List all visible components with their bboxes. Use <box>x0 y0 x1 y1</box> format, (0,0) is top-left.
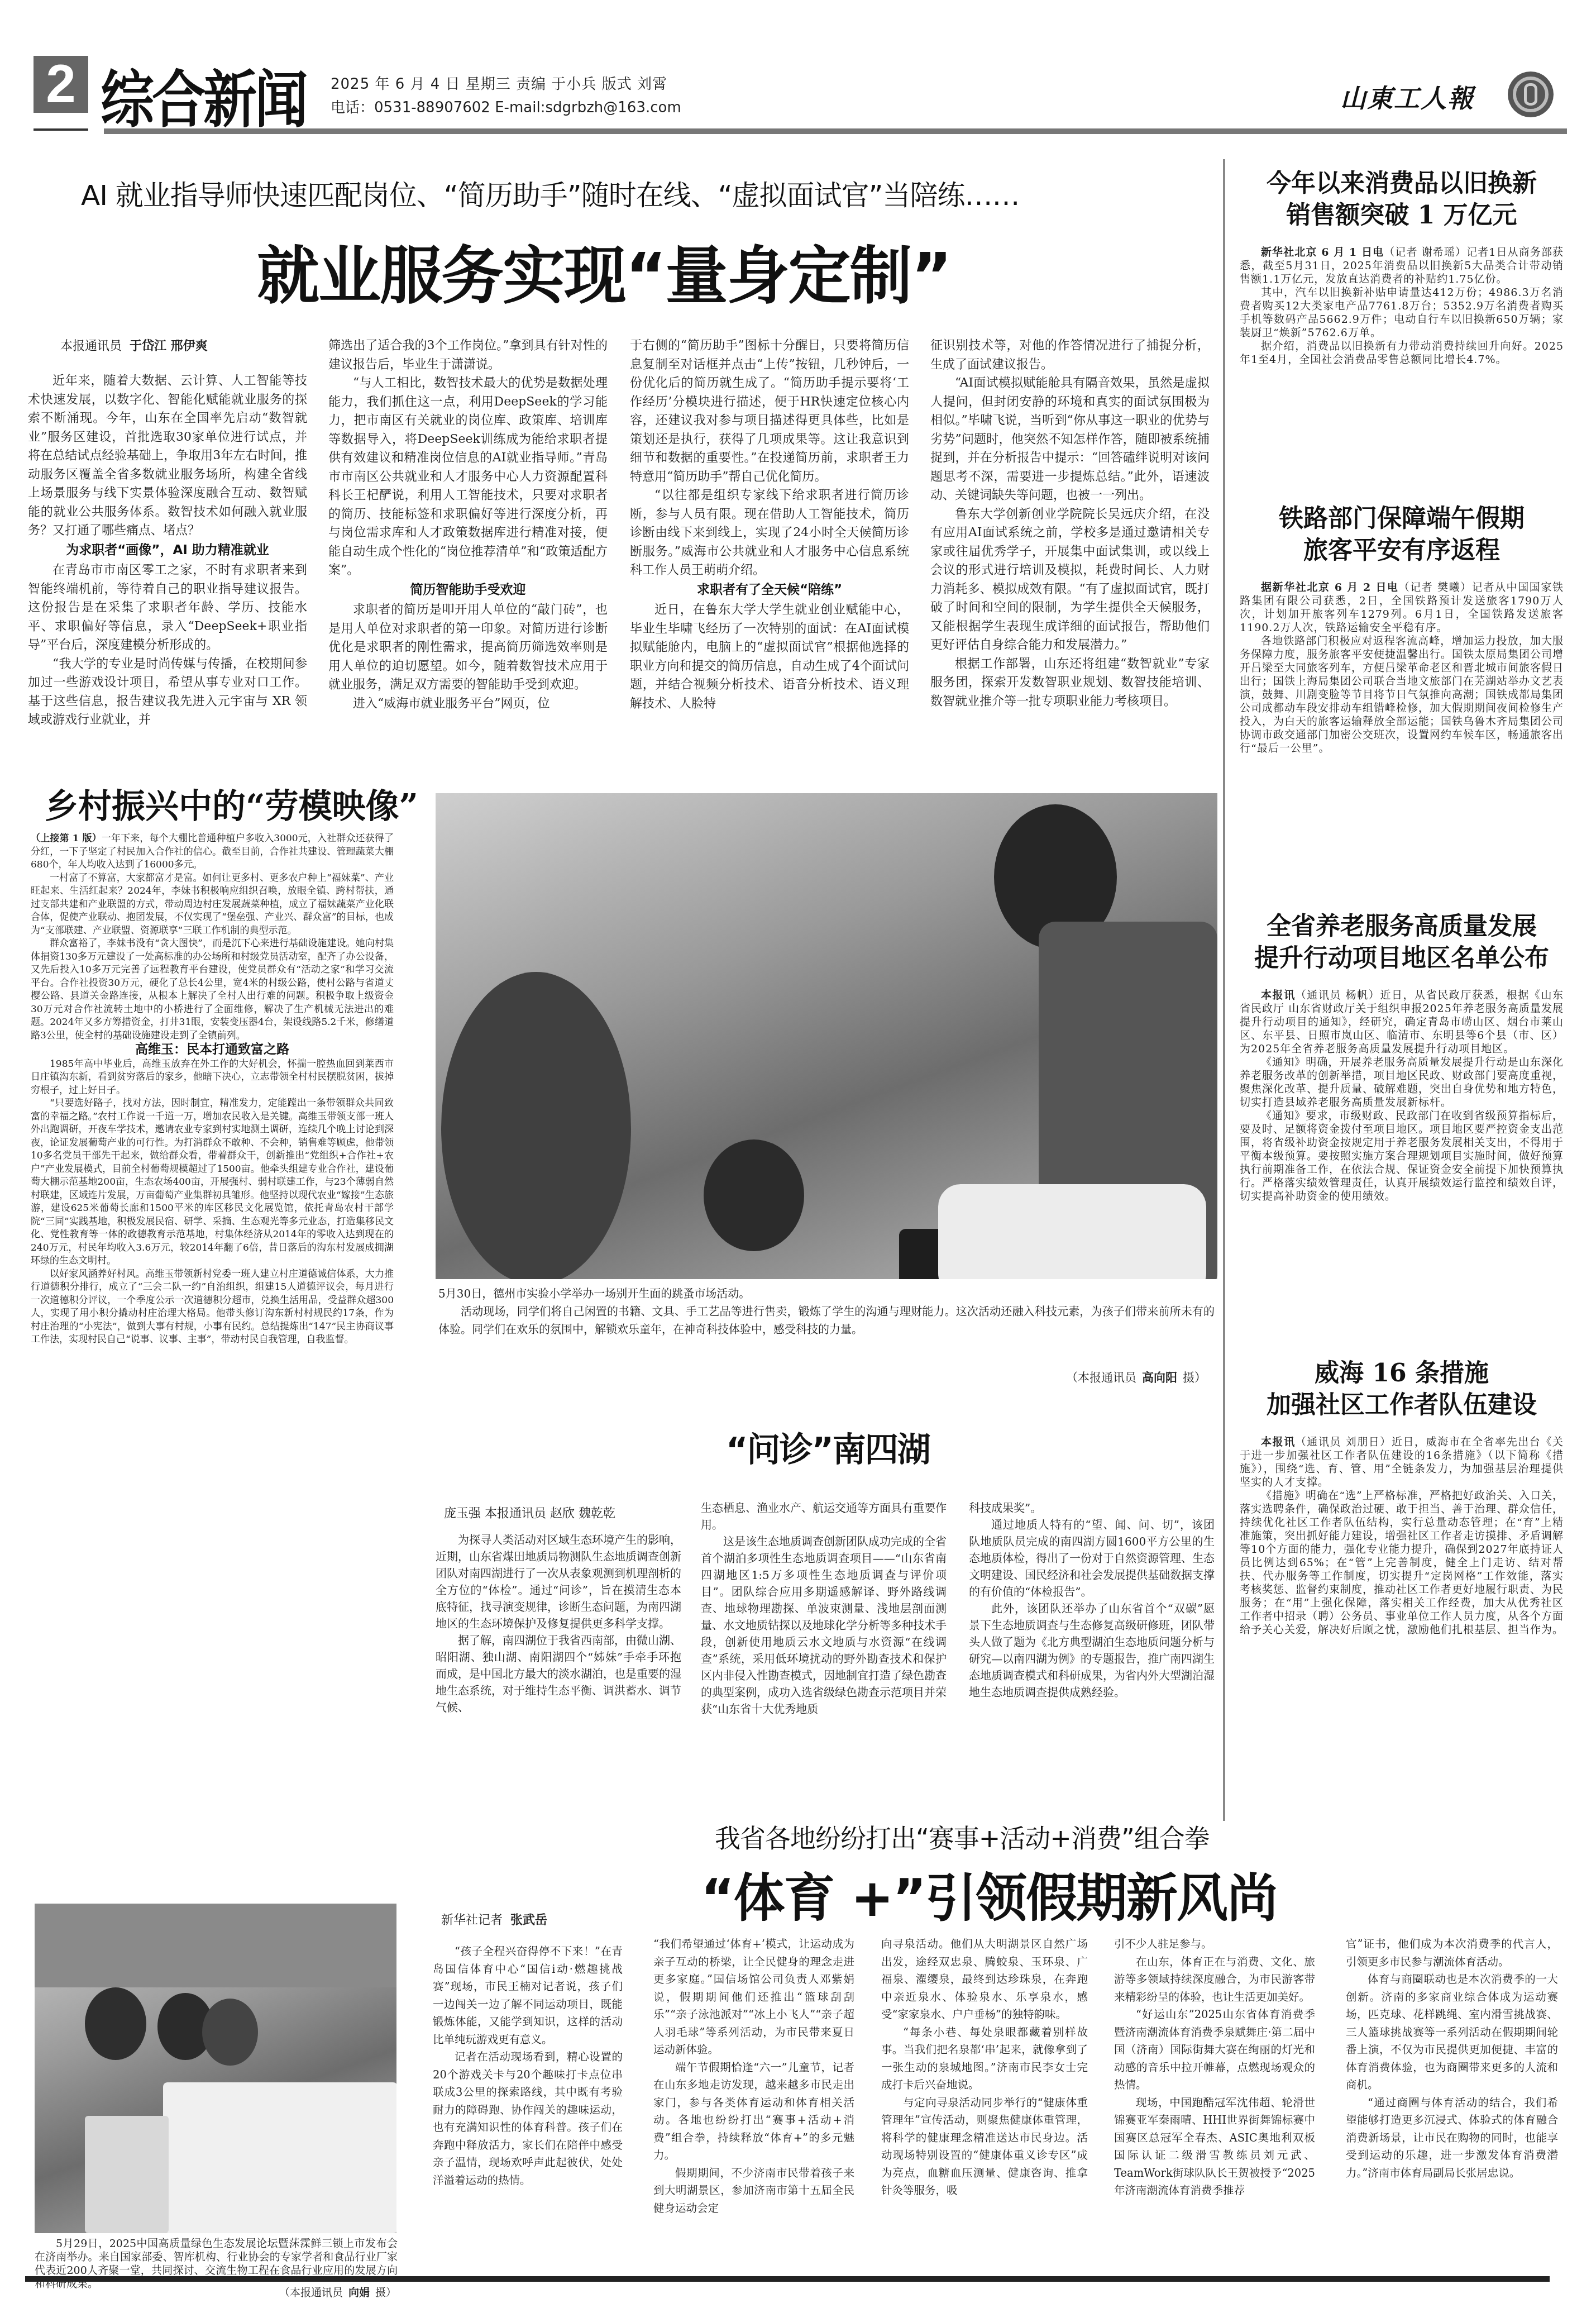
paragraph: 本报讯（通讯员 杨帆）近日，从省民政厅获悉，根据《山东省民政厅 山东省财政厅关于… <box>1240 989 1564 1056</box>
brief-body: 据新华社北京 6 月 2 日电（记者 樊曦）记者从中国国家铁路集团有限公司获悉，… <box>1240 581 1564 755</box>
paragraph: 近年来，随着大数据、云计算、人工智能等技术快速发展，以数字化、智能化赋能就业服务… <box>28 371 307 540</box>
sports-column-4: 引不少人驻足参与。在山东，体育正在与消费、文化、旅游等多领域持续深度融合，为市民… <box>1114 1935 1315 2200</box>
paragraph: “孩子全程兴奋得停不下来！”在青岛国信体育中心“国信i动·燃趣挑战赛”现场，市民… <box>433 1943 623 2048</box>
dateline: 新华社北京 6 月 1 日电 <box>1261 246 1384 259</box>
sports-column-2: “我们希望通过‘体育+’模式，让运动成为亲子互动的桥梁，让全民健身的理念走进更多… <box>653 1935 854 2217</box>
subheading: 求职者有了全天候“陪练” <box>630 581 909 600</box>
lake-headline: “问诊”南四湖 <box>726 1423 930 1471</box>
paragraph: 为探寻人类活动对区域生态环境产生的影响，近期，山东省煤田地质局物测队生态地质调查… <box>436 1532 681 1632</box>
sports-byline: 新华社记者张武岳 <box>441 1910 547 1928</box>
paragraph: 据了解，南四湖位于我省西南部，由微山湖、昭阳湖、独山湖、南阳湖四个“姊妹”手牵手… <box>436 1632 681 1716</box>
paragraph: 鲁东大学创新创业学院院长吴远庆介绍，在没有应用AI面试系统之前，学校多是通过邀请… <box>930 505 1210 655</box>
paragraph: 求职者的简历是叩开用人单位的“敲门砖”，也是用人单位对求职者的第一印象。对简历进… <box>328 600 608 694</box>
brief-headline-line1: 铁路部门保障端午假期 <box>1240 503 1564 535</box>
photo1-caption: 5月30日，德州市实验小学举办一场别开生面的跳蚤市场活动。 活动现场，同学们将自… <box>438 1285 1215 1338</box>
paragraph: 新华社北京 6 月 1 日电（记者 谢希瑶）记者1日从商务部获悉，截至5月31日… <box>1240 246 1564 286</box>
brief-headline: 全省养老服务高质量发展提升行动项目地区名单公布 <box>1240 910 1564 974</box>
photo2-caption: 5月29日，2025中国高质量绿色生态发展论坛暨莯霂鲜三锁上市发布会在济南举办。… <box>35 2237 398 2291</box>
paragraph: 本报讯（通讯员 刘朋日）近日，威海市在全省率先出台《关于进一步加强社区工作者队伍… <box>1240 1436 1564 1489</box>
sports-kicker: 我省各地纷纷打出“赛事+活动+消费”组合拳 <box>715 1818 1210 1855</box>
brief-headline: 铁路部门保障端午假期旅客平安有序返程 <box>1240 503 1564 566</box>
union-emblem-icon <box>1508 71 1554 117</box>
paragraph: 通过地质人特有的“望、闻、问、切”，该团队地质队员完成的南四湖方圆1600平方公… <box>969 1517 1215 1600</box>
paragraph: 记者在活动现场看到，精心设置的20个游戏关卡与20个趣味打卡点位串联成3公里的探… <box>433 2048 623 2189</box>
paragraph: “以往都是组织专家线下给求职者进行简历诊断，参与人员有限。现在借助人工智能技术，… <box>630 486 909 580</box>
reporter-credit: （通讯员 刘朋日） <box>1296 1436 1392 1448</box>
subheading: 简历智能助手受欢迎 <box>328 581 608 600</box>
paragraph: 据介绍，消费品以旧换新有力带动消费持续回升向好。2025年1至4月，全国社会消费… <box>1240 340 1564 366</box>
paragraph: 《措施》明确在“选”上严格标准，严格把好政治关、入口关，落实选聘条件，确保政治过… <box>1240 1489 1564 1637</box>
reporter-credit: （记者 谢希瑶） <box>1384 246 1466 259</box>
subheading: 高维玉：民本打通致富之路 <box>31 1043 394 1057</box>
lead-headline: 就业服务实现“量身定制” <box>257 226 951 316</box>
brief-headline-line1: 全省养老服务高质量发展 <box>1240 910 1564 942</box>
paragraph: 以好家风涵养好村风。高维玉带领新村党委一班人建立村庄道德诚信体系，大力推行道德积… <box>31 1268 394 1347</box>
paragraph: 体育与商圈联动也是本次消费季的一大创新。济南的多家商业综合体成为运动赛场，匹克球… <box>1346 1971 1558 2094</box>
continued-from-label: （上接第 1 版） <box>31 833 102 844</box>
sports-column-1: “孩子全程兴奋得停不下来！”在青岛国信体育中心“国信i动·燃趣挑战赛”现场，市民… <box>433 1943 623 2189</box>
paragraph: “每条小巷、每处泉眼都藏着别样故事。当我们把名泉都‘串’起来，就像拿到了一张生动… <box>881 2024 1088 2094</box>
brief-body: 本报讯（通讯员 刘朋日）近日，威海市在全省率先出台《关于进一步加强社区工作者队伍… <box>1240 1436 1564 1637</box>
brief-headline-line1: 今年以来消费品以旧换新 <box>1240 168 1564 199</box>
subheading: 为求职者“画像”，AI 助力精准就业 <box>28 541 307 560</box>
lead-column-1: 近年来，随着大数据、云计算、人工智能等技术快速发展，以数字化、智能化赋能就业服务… <box>28 371 307 729</box>
dateline: 本报讯 <box>1261 989 1296 1002</box>
paragraph: 近日，在鲁东大学大学生就业创业赋能中心，毕业生毕啸飞经历了一次特别的面试：在AI… <box>630 600 909 713</box>
dateline: 据新华社北京 6 月 2 日电 <box>1261 581 1399 594</box>
brief-story: 今年以来消费品以旧换新销售额突破 1 万亿元新华社北京 6 月 1 日电（记者 … <box>1240 168 1564 366</box>
page-bottom-rule <box>25 2276 1550 2282</box>
lake-column-1: 为探寻人类活动对区域生态环境产生的影响，近期，山东省煤田地质局物测队生态地质调查… <box>436 1532 681 1716</box>
sidebar-divider <box>1223 159 1225 1821</box>
lake-column-2: 生态栖息、渔业水产、航运交通等方面具有重要作用。这是该生态地质调查创新团队成功完… <box>701 1500 947 1718</box>
brief-story: 威海 16 条措施加强社区工作者队伍建设本报讯（通讯员 刘朋日）近日，威海市在全… <box>1240 1357 1564 1637</box>
photo-school-flea-market <box>436 793 1217 1279</box>
brief-body: 新华社北京 6 月 1 日电（记者 谢希瑶）记者1日从商务部获悉，截至5月31日… <box>1240 246 1564 366</box>
contact-info: 电话：0531-88907602 E-mail:sdgrbzh@163.com <box>331 96 681 117</box>
issue-date-editors: 2025 年 6 月 4 日 星期三 责编 于小兵 版式 刘霄 <box>331 73 667 93</box>
paragraph: “我大学的专业是时尚传媒与传播，在校期间参加过一些游戏设计项目，希望从事专业对口… <box>28 655 307 729</box>
brief-headline-line2: 提升行动项目地区名单公布 <box>1240 942 1564 974</box>
paragraph: 群众富裕了，李妹书没有“贪大图快”，而是沉下心来进行基础设施建设。她向村集体捐资… <box>31 937 394 1042</box>
brief-headline-line2: 旅客平安有序返程 <box>1240 535 1564 566</box>
brief-headline: 今年以来消费品以旧换新销售额突破 1 万亿元 <box>1240 168 1564 231</box>
brief-headline-line2: 加强社区工作者队伍建设 <box>1240 1389 1564 1421</box>
paragraph: 据新华社北京 6 月 2 日电（记者 樊曦）记者从中国国家铁路集团有限公司获悉，… <box>1240 581 1564 635</box>
sports-column-5: 官”证书，他们成为本次消费季的代言人，引领更多市民参与潮流体育活动。体育与商圈联… <box>1346 1935 1558 2182</box>
paragraph: 现场，中国跑酷冠军沈伟超、轮滑世锦赛亚军秦雨晴、HHI世界街舞锦标赛中国赛区总冠… <box>1114 2094 1315 2200</box>
brief-headline: 威海 16 条措施加强社区工作者队伍建设 <box>1240 1357 1564 1421</box>
paragraph: 端午节假期恰逢“六一”儿童节，记者在山东多地走访发现，越来越多市民走出家门，参与… <box>653 2059 854 2164</box>
photo1-credit: （本报通讯员高向阳摄） <box>949 1368 1206 1385</box>
paragraph: 进入“威海市就业服务平台”网页，位 <box>328 694 608 713</box>
page-number-badge: 2 <box>34 56 88 113</box>
paragraph: 《通知》明确，开展养老服务高质量发展提升行动是山东深化养老服务改革的创新举措，项… <box>1240 1056 1564 1109</box>
sports-headline: “体育 +”引领假期新风尚 <box>701 1857 1277 1931</box>
paragraph: “与人工相比，数智技术最大的优势是数据处理能力，我们抓住这一点，利用DeepSe… <box>328 374 608 580</box>
paragraph-text: 一村富了不算富，大家都富才是富。如何让更多村、更多农户种上“福妹菜”、产业旺起来… <box>31 872 394 936</box>
rural-article-body: （上接第 1 版）一年下来，每个大棚比普通种植户多收入3000元，入社群众还获得… <box>31 832 394 1347</box>
reporter-credit: （通讯员 杨帆） <box>1296 989 1380 1002</box>
paragraph: （上接第 1 版）一年下来，每个大棚比普通种植户多收入3000元，入社群众还获得… <box>31 832 394 872</box>
paragraph: 此外，该团队还举办了山东省首个“双碳”愿景下生态地质调查与生态修复高级研修班，团… <box>969 1600 1215 1701</box>
paragraph-text: 群众富裕了，李妹书没有“贪大图快”，而是沉下心来进行基础设施建设。她向村集体捐资… <box>31 938 394 1041</box>
paragraph: 在青岛市市南区零工之家，不时有求职者来到智能终端机前，等待着自己的职业指导建议报… <box>28 561 307 655</box>
masthead-rule <box>104 128 1567 134</box>
brief-story: 全省养老服务高质量发展提升行动项目地区名单公布本报讯（通讯员 杨帆）近日，从省民… <box>1240 910 1564 1203</box>
paragraph: 《通知》要求，市级财政、民政部门在收到省级预算指标后，要及时、足额将资金拨付至项… <box>1240 1109 1564 1203</box>
paragraph: 这是该生态地质调查创新团队成功完成的全省首个湖泊多项性生态地质调查项目——“山东… <box>701 1533 947 1718</box>
paragraph: 于右侧的“简历助手”图标十分醒目，只要将简历信息复制至对话框并点击“上传”按钮，… <box>630 336 909 486</box>
rural-headline: 乡村振兴中的“劳模映像” <box>45 785 418 828</box>
sports-column-3: 向寻泉活动。他们从大明湖景区自然广场出发，途经双忠泉、腾蛟泉、玉环泉、广福泉、濯… <box>881 1935 1088 2200</box>
paragraph: 科技成果奖”。 <box>969 1500 1215 1517</box>
paragraph: 各地铁路部门积极应对返程客流高峰，增加运力投放，加大服务保障力度，服务旅客平安便… <box>1240 635 1564 755</box>
reporter-credit: （记者 樊曦） <box>1399 581 1472 594</box>
brief-headline-line1: 威海 16 条措施 <box>1240 1357 1564 1389</box>
paragraph: 其中，汽车以旧换新补贴申请量达412万份；4986.3万名消费者购买12大类家电… <box>1240 286 1564 340</box>
lead-kicker: AI 就业指导师快速匹配岗位、“简历助手”随时在线、“虚拟面试官”当陪练…… <box>81 173 1019 213</box>
brief-headline-line2: 销售额突破 1 万亿元 <box>1240 199 1564 231</box>
lead-byline: 本报通讯员于岱江 邢伊爽 <box>60 336 208 354</box>
paragraph: 一村富了不算富，大家都富才是富。如何让更多村、更多农户种上“福妹菜”、产业旺起来… <box>31 872 394 938</box>
paragraph: 筛选出了适合我的3个工作岗位。”拿到具有针对性的建议报告后，毕业生于潇潇说。 <box>328 336 608 374</box>
paragraph: 在山东，体育正在与消费、文化、旅游等多领域持续深度融合，为市民游客带来精彩纷呈的… <box>1114 1953 1315 2006</box>
paragraph: 征识别技术等，对他的作答情况进行了捕捉分析，生成了面试建议报告。 <box>930 336 1210 374</box>
paragraph: 与定向寻泉活动同步举行的“健康体重管理年”宣传活动，则聚焦健康体重管理，将科学的… <box>881 2094 1088 2200</box>
photo-food-forum-launch <box>35 1904 396 2233</box>
dateline: 本报讯 <box>1261 1436 1296 1448</box>
masthead-rule-short <box>34 128 88 131</box>
brief-story: 铁路部门保障端午假期旅客平安有序返程据新华社北京 6 月 2 日电（记者 樊曦）… <box>1240 503 1564 755</box>
paragraph: “AI面试模拟赋能舱具有隔音效果，虽然是虚拟人提问，但封闭安静的环境和真实的面试… <box>930 374 1210 505</box>
paragraph: “我们希望通过‘体育+’模式，让运动成为亲子互动的桥梁，让全民健身的理念走进更多… <box>653 1935 854 2059</box>
paragraph: “好运山东”2025山东省体育消费季暨济南潮流体育消费季泉赋舞庄·第二届中国（济… <box>1114 2006 1315 2094</box>
lead-column-2: 筛选出了适合我的3个工作岗位。”拿到具有针对性的建议报告后，毕业生于潇潇说。“与… <box>328 336 608 713</box>
paragraph: 生态栖息、渔业水产、航运交通等方面具有重要作用。 <box>701 1500 947 1533</box>
paragraph: “只要选好路子，找对方法，因时制宜，精准发力，定能蹚出一条带领群众共同致富的幸福… <box>31 1097 394 1268</box>
paragraph: 根据工作部署，山东还将组建“数智就业”专家服务团，探索开发数智职业规划、数智技能… <box>930 655 1210 711</box>
lake-byline: 庞玉强 本报通讯员 赵欣 魏乾乾 <box>444 1504 615 1521</box>
paragraph: “通过商圈与体育活动的结合，我们希望能够打造更多沉浸式、体验式的体育融合消费新场… <box>1346 2094 1558 2182</box>
section-title: 综合新闻 <box>101 51 306 140</box>
lead-column-3: 于右侧的“简历助手”图标十分醒目，只要将简历信息复制至对话框并点击“上传”按钮，… <box>630 336 909 713</box>
brief-body: 本报讯（通讯员 杨帆）近日，从省民政厅获悉，根据《山东省民政厅 山东省财政厅关于… <box>1240 989 1564 1203</box>
lake-column-3: 科技成果奖”。通过地质人特有的“望、闻、问、切”，该团队地质队员完成的南四湖方圆… <box>969 1500 1215 1701</box>
paragraph: 1985年高中毕业后，高维玉放弃在外工作的大好机会，怀揣一腔热血回到莱西市日庄镇… <box>31 1058 394 1098</box>
paragraph: 官”证书，他们成为本次消费季的代言人，引领更多市民参与潮流体育活动。 <box>1346 1935 1558 1971</box>
photo2-credit: （本报通讯员向娟摄） <box>212 2285 396 2300</box>
lead-column-4: 征识别技术等，对他的作答情况进行了捕捉分析，生成了面试建议报告。“AI面试模拟赋… <box>930 336 1210 710</box>
paragraph: 引不少人驻足参与。 <box>1114 1935 1315 1953</box>
paragraph: 假期期间，不少济南市民带着孩子来到大明湖景区，参加济南市第十五届全民健身运动会定 <box>653 2164 854 2218</box>
paragraph: 向寻泉活动。他们从大明湖景区自然广场出发，途经双忠泉、腾蛟泉、玉环泉、广福泉、濯… <box>881 1935 1088 2024</box>
newspaper-logo-text: 山東工人報 <box>1340 78 1474 115</box>
